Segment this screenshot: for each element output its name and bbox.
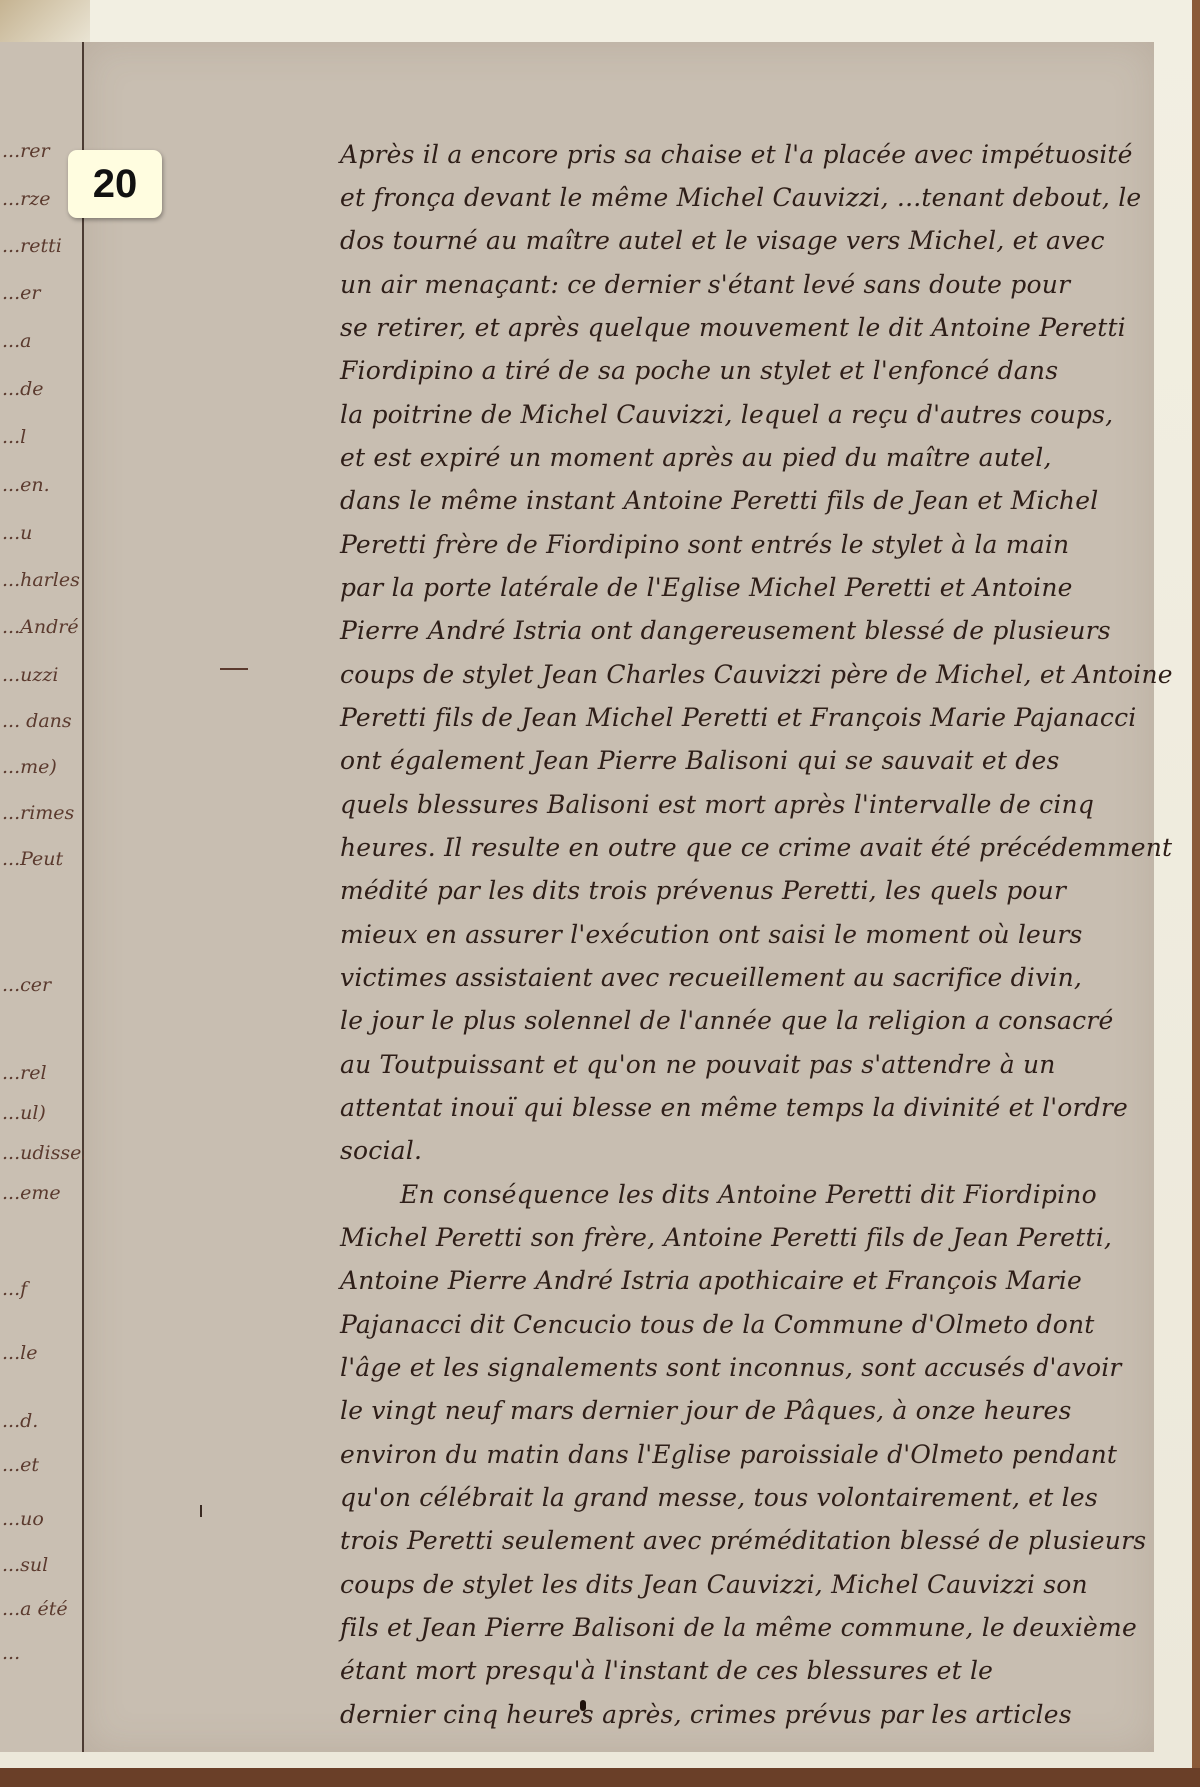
- text-line: Pierre André Istria ont dangereusement b…: [340, 616, 1111, 660]
- text-line: Après il a encore pris sa chaise et l'a …: [340, 140, 1133, 184]
- text-line: dans le même instant Antoine Peretti fil…: [340, 486, 1098, 530]
- text-line: fils et Jean Pierre Balisoni de la même …: [340, 1613, 1137, 1657]
- text-line: Peretti frère de Fiordipino sont entrés …: [340, 530, 1069, 574]
- text-line: Peretti fils de Jean Michel Peretti et F…: [340, 703, 1137, 747]
- text-line: environ du matin dans l'Eglise paroissia…: [340, 1440, 1117, 1484]
- facing-page-left: ...rer ...rze ...retti ...er ...a ...de …: [0, 42, 84, 1752]
- text-line: coups de stylet Jean Charles Cauvizzi pè…: [340, 660, 1173, 704]
- margin-fragment: ...f: [2, 1278, 27, 1300]
- text-line: se retirer, et après quelque mouvement l…: [340, 313, 1126, 357]
- text-line: et est expiré un moment après au pied du…: [340, 443, 1052, 487]
- text-line: qu'on célébrait la grand messe, tous vol…: [340, 1483, 1098, 1527]
- margin-fragment: ...l: [2, 426, 26, 448]
- margin-fragment: ...eme: [2, 1182, 61, 1204]
- margin-tick-mark: [200, 1505, 202, 1517]
- text-line: victimes assistaient avec recueillement …: [340, 963, 1082, 1007]
- margin-fragment: ...harles: [2, 569, 80, 591]
- text-line: mieux en assurer l'exécution ont saisi l…: [340, 920, 1083, 964]
- text-line: heures. Il resulte en outre que ce crime…: [340, 833, 1172, 877]
- margin-fragment: ...rze: [2, 188, 50, 210]
- margin-fragment: ...a été: [2, 1598, 68, 1620]
- text-line: coups de stylet les dits Jean Cauvizzi, …: [340, 1570, 1088, 1614]
- margin-fragment: ...u: [2, 522, 32, 544]
- margin-fragment: ...et: [2, 1454, 39, 1476]
- margin-fragment: ...sul: [2, 1554, 48, 1576]
- text-line: Pajanacci dit Cencucio tous de la Commun…: [340, 1310, 1095, 1354]
- text-line: le jour le plus solennel de l'année que …: [340, 1006, 1113, 1050]
- text-line: le vingt neuf mars dernier jour de Pâque…: [340, 1396, 1072, 1440]
- text-line: Antoine Pierre André Istria apothicaire …: [340, 1266, 1082, 1310]
- margin-fragment: ...rel: [2, 1062, 47, 1084]
- margin-fragment: ...rer: [2, 140, 50, 162]
- text-line-paragraph-start: En conséquence les dits Antoine Peretti …: [400, 1180, 1097, 1224]
- page-number-badge: 20: [68, 150, 162, 218]
- margin-fragment: ...me): [2, 756, 57, 778]
- text-line: dernier cinq heures après, crimes prévus…: [340, 1700, 1072, 1744]
- margin-fragment: ... dans: [2, 710, 72, 732]
- text-line: étant mort presqu'à l'instant de ces ble…: [340, 1656, 993, 1700]
- margin-fragment: ...uo: [2, 1508, 44, 1530]
- text-line: social.: [340, 1136, 422, 1180]
- text-line: la poitrine de Michel Cauvizzi, lequel a…: [340, 400, 1113, 444]
- text-line: l'âge et les signalements sont inconnus,…: [340, 1353, 1122, 1397]
- text-line: Michel Peretti son frère, Antoine Perett…: [340, 1223, 1112, 1267]
- text-line: quels blessures Balisoni est mort après …: [340, 790, 1094, 834]
- margin-dash-mark: [220, 668, 248, 670]
- text-line: dos tourné au maître autel et le visage …: [340, 226, 1105, 270]
- text-line: par la porte latérale de l'Eglise Michel…: [340, 573, 1073, 617]
- text-line: ont également Jean Pierre Balisoni qui s…: [340, 746, 1060, 790]
- margin-fragment: ...de: [2, 378, 44, 400]
- margin-fragment: ...er: [2, 282, 40, 304]
- text-line: un air menaçant: ce dernier s'étant levé…: [340, 270, 1070, 314]
- margin-fragment: ...Peut: [2, 848, 63, 870]
- margin-fragment: ...ul): [2, 1102, 46, 1124]
- margin-fragment: ...en.: [2, 474, 50, 496]
- margin-fragment: ...André: [2, 616, 79, 638]
- text-line: attentat inouï qui blesse en même temps …: [340, 1093, 1128, 1137]
- text-line: et fronça devant le même Michel Cauvizzi…: [340, 183, 1141, 227]
- frame-edge-right: [1192, 0, 1200, 1787]
- margin-fragment: ...le: [2, 1342, 37, 1364]
- text-line: Fiordipino a tiré de sa poche un stylet …: [340, 356, 1058, 400]
- margin-fragment: ...d.: [2, 1410, 38, 1432]
- text-line: médité par les dits trois prévenus Peret…: [340, 876, 1066, 920]
- ink-blot: [580, 1700, 586, 1711]
- margin-fragment: ...rimes: [2, 802, 74, 824]
- margin-fragment: ...uzzi: [2, 664, 58, 686]
- margin-fragment: ...: [2, 1642, 20, 1664]
- margin-fragment: ...a: [2, 330, 31, 352]
- frame-edge-bottom: [0, 1768, 1200, 1787]
- margin-fragment: ...cer: [2, 974, 51, 996]
- margin-fragment: ...retti: [2, 235, 62, 257]
- text-line: trois Peretti seulement avec préméditati…: [340, 1526, 1146, 1570]
- text-line: au Toutpuissant et qu'on ne pouvait pas …: [340, 1050, 1056, 1094]
